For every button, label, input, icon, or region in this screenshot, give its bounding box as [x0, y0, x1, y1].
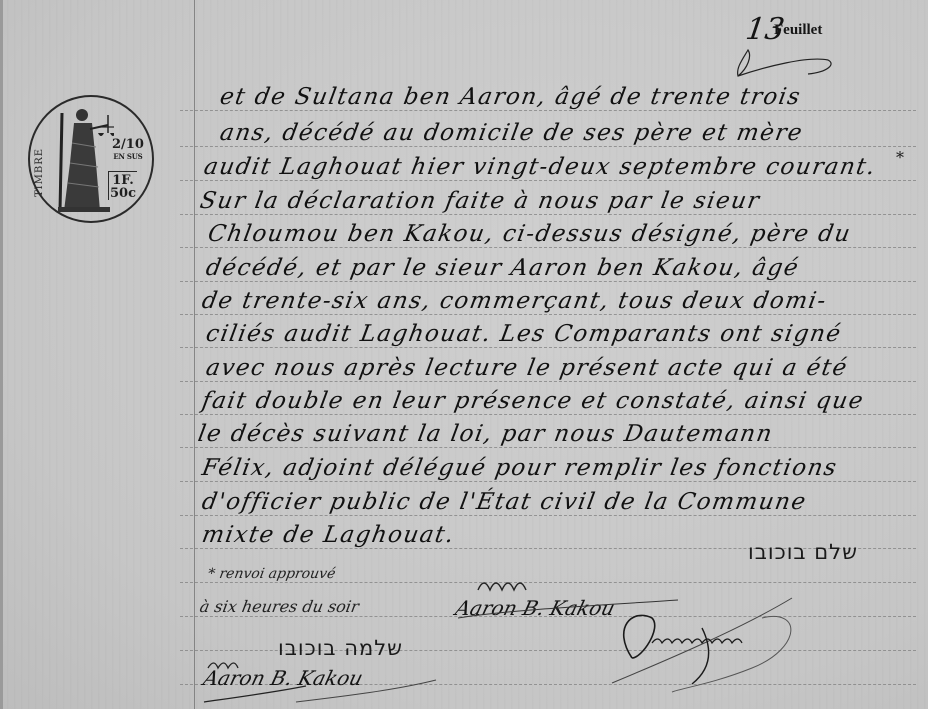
body-line: de trente-six ans, commerçant, tous deux… — [200, 288, 829, 314]
ruled-line — [180, 214, 916, 215]
ruled-line — [180, 281, 916, 282]
ruled-line — [180, 515, 916, 516]
ruled-line — [180, 414, 916, 415]
paraph-flourish-icon — [728, 46, 838, 86]
body-line: ans, décédé au domicile de ses père et m… — [218, 120, 805, 146]
body-line: audit Laghouat hier vingt-deux septembre… — [202, 154, 878, 180]
marginal-note: * renvoi approuvé — [207, 566, 337, 582]
annotation-mark: * — [896, 148, 904, 167]
hebrew-signature: שלם בוכובו — [748, 540, 858, 564]
body-line: et de Sultana ben Aaron, âgé de trente t… — [218, 84, 803, 110]
body-line: le décès suivant la loi, par nous Dautem… — [196, 421, 775, 447]
ruled-line — [180, 381, 916, 382]
stamp-word: TIMBRE — [34, 148, 45, 197]
ruled-line — [180, 447, 916, 448]
body-line: avec nous après lecture le présent acte … — [204, 355, 850, 381]
page-edge — [0, 0, 3, 709]
body-line: ciliés audit Laghouat. Les Comparants on… — [204, 321, 844, 347]
signature-flourish-icon — [196, 656, 446, 709]
stamp-rate: 2/10 EN SUS — [112, 139, 144, 163]
ruled-line — [180, 347, 916, 348]
document-page: 13 Feuillet TIMBRE 2/10 EN SUS 1F. — [0, 0, 928, 709]
body-line: d'officier public de l'État civil de la … — [200, 489, 809, 515]
body-line: Sur la déclaration faite à nous par le s… — [198, 188, 762, 214]
ruled-line — [180, 481, 916, 482]
marginal-note: à six heures du soir — [198, 597, 360, 616]
stamp-price: 1F. 50c — [108, 171, 137, 200]
timbre-stamp: TIMBRE 2/10 EN SUS 1F. 50c — [28, 95, 154, 223]
margin-line — [194, 0, 195, 709]
justice-figure-icon — [52, 103, 114, 213]
ruled-line — [180, 314, 916, 315]
folio-label: Feuillet — [774, 22, 822, 39]
body-line: Chloumou ben Kakou, ci-dessus désigné, p… — [206, 221, 853, 247]
ruled-line — [180, 247, 916, 248]
body-line: fait double en leur présence et constaté… — [200, 388, 866, 414]
body-line: mixte de Laghouat. — [200, 522, 457, 548]
body-line: Félix, adjoint délégué pour remplir les … — [200, 455, 840, 481]
body-line: décédé, et par le sieur Aaron ben Kakou,… — [204, 255, 801, 281]
ruled-line — [180, 180, 916, 181]
ruled-line — [180, 110, 916, 111]
ruled-line — [180, 146, 916, 147]
